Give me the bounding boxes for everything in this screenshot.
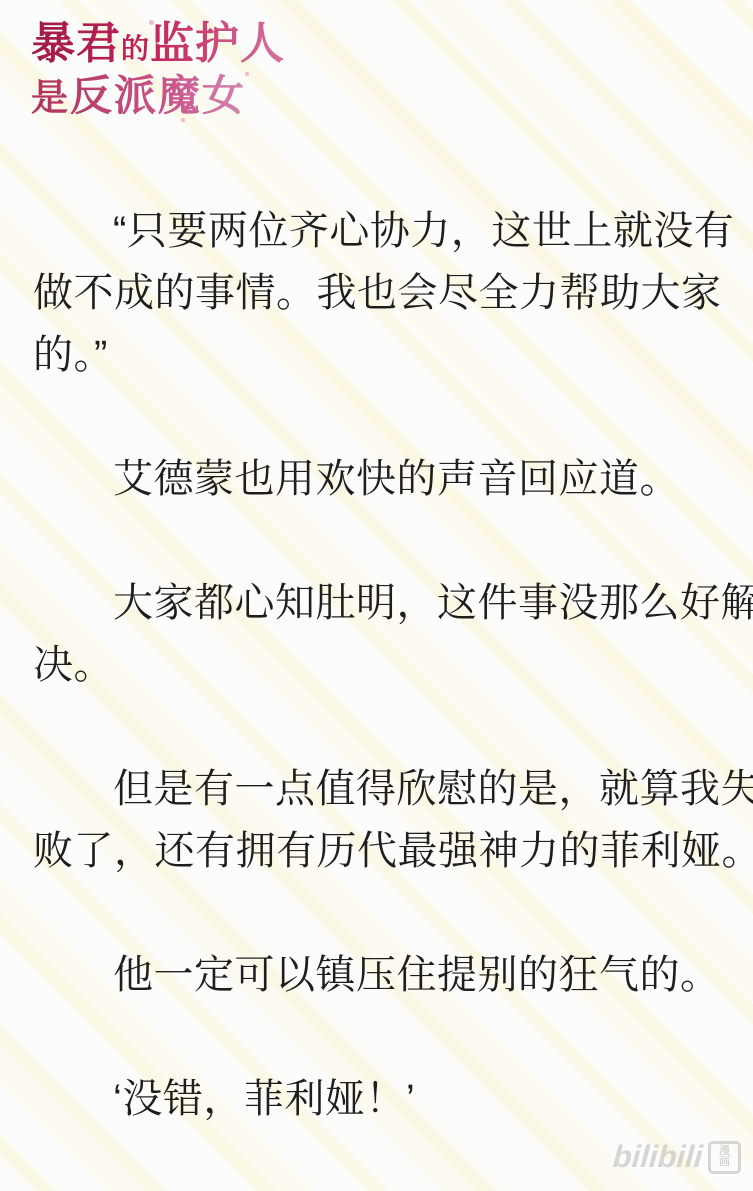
- text-line: 但是有一点值得欣慰的是，就算我失: [33, 758, 720, 820]
- paragraph: “只要两位齐心协力，这世上就没有 做不成的事情。我也会尽全力帮助大家 的。”: [33, 200, 720, 386]
- logo-text-part: 是: [31, 78, 70, 119]
- logo-text-part: 反派: [70, 74, 158, 120]
- manga-badge-char: 画: [719, 1157, 730, 1168]
- text-line: 艾德蒙也用欢快的声音回应道。: [33, 448, 720, 510]
- logo-text-part: 魔女: [158, 74, 246, 120]
- paragraph: 艾德蒙也用欢快的声音回应道。: [33, 448, 720, 510]
- logo-text-part: 监护人: [150, 19, 285, 68]
- text-line: 做不成的事情。我也会尽全力帮助大家: [33, 262, 720, 324]
- sparkle-decoration: [245, 72, 249, 76]
- text-line: 大家都心知肚明，这件事没那么好解: [33, 572, 720, 634]
- text-line: ‘没错，菲利娅！’: [33, 1068, 720, 1130]
- chapter-text: “只要两位齐心协力，这世上就没有 做不成的事情。我也会尽全力帮助大家 的。” 艾…: [33, 200, 720, 1191]
- series-logo-line1: 暴君的监护人: [31, 16, 285, 78]
- paragraph: 大家都心知肚明，这件事没那么好解 决。: [33, 572, 720, 696]
- manga-badge-char: 漫: [719, 1146, 730, 1157]
- sparkle-decoration: [149, 20, 154, 25]
- text-line: 他一定可以镇压住提别的狂气的。: [33, 944, 720, 1006]
- text-line: 决。: [33, 634, 720, 696]
- text-line: 的。”: [33, 324, 720, 386]
- novel-reader-page: 暴君的监护人 是反派魔女 “只要两位齐心协力，这世上就没有 做不成的事情。我也会…: [0, 0, 753, 1191]
- series-logo: 暴君的监护人 是反派魔女: [31, 16, 285, 124]
- series-logo-line2: 是反派魔女: [31, 72, 285, 124]
- sparkle-decoration: [181, 118, 185, 122]
- text-line: 败了，还有拥有历代最强神力的菲利娅。: [33, 820, 720, 882]
- paragraph: ‘没错，菲利娅！’: [33, 1068, 720, 1130]
- logo-text-part: 暴君: [31, 19, 121, 68]
- paragraph: 他一定可以镇压住提别的狂气的。: [33, 944, 720, 1006]
- paragraph: 但是有一点值得欣慰的是，就算我失 败了，还有拥有历代最强神力的菲利娅。: [33, 758, 720, 882]
- logo-text-part: 的: [121, 34, 150, 65]
- text-line: “只要两位齐心协力，这世上就没有: [33, 200, 720, 262]
